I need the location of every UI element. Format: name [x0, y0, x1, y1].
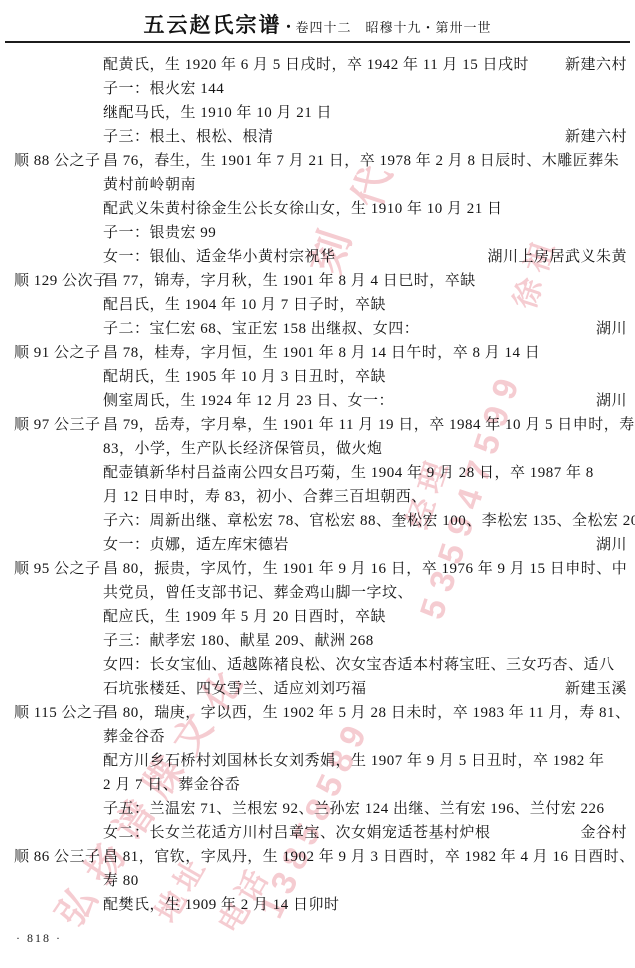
genealogy-row: 配吕氏，生 1904 年 10 月 7 日子时，卒缺 — [0, 293, 635, 317]
genealogy-row: 配方川乡石桥村刘国林长女刘秀娟，生 1907 年 9 月 5 日丑时，卒 198… — [0, 749, 635, 773]
genealogy-row: 子三：献孝宏 180、献星 209、献洲 268 — [0, 629, 635, 653]
entry-text: 女二：长女兰花适方川村吕章宝、次女娟宠适苍基村炉根 — [103, 821, 491, 845]
entry-text: 配方川乡石桥村刘国林长女刘秀娟，生 1907 年 9 月 5 日丑时，卒 198… — [103, 749, 605, 773]
entry-text: 昌 80，振贵，字凤竹，生 1901 年 9 月 16 日，卒 1976 年 9… — [103, 557, 627, 581]
genealogy-row: 顺 115 公之子昌 80，瑞庚，字以西，生 1902 年 5 月 28 日未时… — [0, 701, 635, 725]
genealogy-row: 顺 88 公之子昌 76，春生，生 1901 年 7 月 21 日，卒 1978… — [0, 149, 635, 173]
entry-text: 83，小学，生产队长经济保管员，做火炮 — [103, 437, 383, 461]
entry-text: 共党员，曾任支部书记、葬金鸡山脚一字坟、 — [103, 581, 413, 605]
entry-text: 黄村前岭朝南 — [103, 173, 196, 197]
genealogy-row: 子五：兰温宏 71、兰根宏 92、兰孙宏 124 出继、兰有宏 196、兰付宏 … — [0, 797, 635, 821]
generation-label: 顺 88 公之子 — [14, 149, 101, 173]
entry-text: 子六：周新出继、章松宏 78、官松宏 88、奎松宏 100、李松宏 135、全松… — [103, 509, 635, 533]
entry-text: 石坑张楼廷、四女雪兰、适应刘刘巧福 — [103, 677, 367, 701]
genealogy-row: 顺 95 公之子昌 80，振贵，字凤竹，生 1901 年 9 月 16 日，卒 … — [0, 557, 635, 581]
genealogy-row: 配胡氏，生 1905 年 10 月 3 日丑时，卒缺 — [0, 365, 635, 389]
genealogy-page: 代刻徐祖535947599经理13858589弘扬谱牒文化地址电话 五云赵氏宗谱… — [0, 0, 635, 968]
genealogy-row: 配樊氏，生 1909 年 2 月 14 日卯时 — [0, 893, 635, 917]
entry-text: 昌 78，桂寿，字月恒，生 1901 年 8 月 14 日午时，卒 8 月 14… — [103, 341, 540, 365]
residence-note: 湖川 — [596, 389, 627, 413]
genealogy-row: 月 12 日申时，寿 83，初小、合葬三百坦朝西、 — [0, 485, 635, 509]
residence-note: 金谷村 — [580, 821, 627, 845]
entry-text: 配胡氏，生 1905 年 10 月 3 日丑时，卒缺 — [103, 365, 386, 389]
page-header: 五云赵氏宗谱・卷四十二 昭穆十九・第卅一世 — [0, 9, 635, 39]
entry-text: 配樊氏，生 1909 年 2 月 14 日卯时 — [103, 893, 340, 917]
entry-text: 子三：根土、根松、根清 — [103, 125, 274, 149]
residence-note: 新建六村 — [565, 125, 627, 149]
genealogy-row: 黄村前岭朝南 — [0, 173, 635, 197]
genealogy-row: 共党员，曾任支部书记、葬金鸡山脚一字坟、 — [0, 581, 635, 605]
volume-subtitle: 卷四十二 昭穆十九・第卅一世 — [295, 20, 491, 35]
genealogy-row: 配壶镇新华村吕益南公四女吕巧菊，生 1904 年 9 月 28 日，卒 1987… — [0, 461, 635, 485]
entry-text: 葬金谷岙 — [103, 725, 165, 749]
entry-text: 子三：献孝宏 180、献星 209、献洲 268 — [103, 629, 374, 653]
generation-label: 顺 115 公之子 — [14, 701, 108, 725]
generation-label: 顺 129 公次子 — [14, 269, 109, 293]
genealogy-row: 女一：银仙、适金华小黄村宗祝华湖川上房居武义朱黄 — [0, 245, 635, 269]
entry-text: 配吕氏，生 1904 年 10 月 7 日子时，卒缺 — [103, 293, 386, 317]
genealogy-row: 石坑张楼廷、四女雪兰、适应刘刘巧福新建玉溪 — [0, 677, 635, 701]
genealogy-rows: 配黄氏，生 1920 年 6 月 5 日戌时，卒 1942 年 11 月 15 … — [0, 53, 635, 917]
entry-text: 女一：银仙、适金华小黄村宗祝华 — [103, 245, 336, 269]
residence-note: 湖川上房居武义朱黄 — [487, 245, 627, 269]
entry-text: 子五：兰温宏 71、兰根宏 92、兰孙宏 124 出继、兰有宏 196、兰付宏 … — [103, 797, 605, 821]
entry-text: 女四：长女宝仙、适越陈褚良松、次女宝杏适本村蒋宝旺、三女巧杏、适八 — [103, 653, 615, 677]
entry-text: 女一：贞娜，适左库宋德岩 — [103, 533, 289, 557]
genealogy-row: 葬金谷岙 — [0, 725, 635, 749]
genealogy-row: 顺 91 公之子昌 78，桂寿，字月恒，生 1901 年 8 月 14 日午时，… — [0, 341, 635, 365]
genealogy-row: 83，小学，生产队长经济保管员，做火炮 — [0, 437, 635, 461]
generation-label: 顺 95 公之子 — [14, 557, 101, 581]
genealogy-row: 子三：根土、根松、根清新建六村 — [0, 125, 635, 149]
genealogy-row: 顺 129 公次子昌 77，锦寿，字月秋，生 1901 年 8 月 4 日巳时，… — [0, 269, 635, 293]
entry-text: 子二：宝仁宏 68、宝正宏 158 出继叔、女四： — [103, 317, 419, 341]
generation-label: 顺 86 公三子 — [14, 845, 101, 869]
genealogy-row: 顺 86 公三子昌 81，官钦，字凤丹，生 1902 年 9 月 3 日酉时，卒… — [0, 845, 635, 869]
entry-text: 寿 80 — [103, 869, 139, 893]
generation-label: 顺 91 公之子 — [14, 341, 101, 365]
entry-text: 配黄氏，生 1920 年 6 月 5 日戌时，卒 1942 年 11 月 15 … — [103, 53, 529, 77]
genealogy-row: 女四：长女宝仙、适越陈褚良松、次女宝杏适本村蒋宝旺、三女巧杏、适八 — [0, 653, 635, 677]
residence-note: 新建六村 — [565, 53, 627, 77]
genealogy-row: 子一：银贵宏 99 — [0, 221, 635, 245]
genealogy-row: 子二：宝仁宏 68、宝正宏 158 出继叔、女四：湖川 — [0, 317, 635, 341]
residence-note: 新建玉溪 — [565, 677, 627, 701]
header-rule — [5, 41, 630, 43]
entry-text: 昌 76，春生，生 1901 年 7 月 21 日，卒 1978 年 2 月 8… — [103, 149, 619, 173]
genealogy-row: 侧室周氏，生 1924 年 12 月 23 日、女一：湖川 — [0, 389, 635, 413]
title-separator: ・ — [281, 21, 295, 36]
genealogy-row: 配应氏，生 1909 年 5 月 20 日酉时，卒缺 — [0, 605, 635, 629]
residence-note: 湖川 — [596, 317, 627, 341]
genealogy-row: 2 月 7 日、葬金谷岙 — [0, 773, 635, 797]
entry-text: 昌 79，岳寿，字月皋，生 1901 年 11 月 19 日，卒 1984 年 … — [103, 413, 635, 437]
genealogy-row: 配黄氏，生 1920 年 6 月 5 日戌时，卒 1942 年 11 月 15 … — [0, 53, 635, 77]
book-title: 五云赵氏宗谱 — [143, 13, 281, 37]
genealogy-row: 子六：周新出继、章松宏 78、官松宏 88、奎松宏 100、李松宏 135、全松… — [0, 509, 635, 533]
residence-note: 湖川 — [596, 533, 627, 557]
entry-text: 配武义朱黄村徐金生公长女徐山女，生 1910 年 10 月 21 日 — [103, 197, 503, 221]
entry-text: 侧室周氏，生 1924 年 12 月 23 日、女一： — [103, 389, 394, 413]
genealogy-row: 子一：根火宏 144 — [0, 77, 635, 101]
genealogy-row: 寿 80 — [0, 869, 635, 893]
entry-text: 2 月 7 日、葬金谷岙 — [103, 773, 240, 797]
entry-text: 子一：银贵宏 99 — [103, 221, 216, 245]
entry-text: 子一：根火宏 144 — [103, 77, 224, 101]
entry-text: 昌 77，锦寿，字月秋，生 1901 年 8 月 4 日巳时，卒缺 — [103, 269, 476, 293]
entry-text: 配应氏，生 1909 年 5 月 20 日酉时，卒缺 — [103, 605, 386, 629]
genealogy-row: 女二：长女兰花适方川村吕章宝、次女娟宠适苍基村炉根金谷村 — [0, 821, 635, 845]
generation-label: 顺 97 公三子 — [14, 413, 101, 437]
entry-text: 月 12 日申时，寿 83，初小、合葬三百坦朝西、 — [103, 485, 427, 509]
entry-text: 配壶镇新华村吕益南公四女吕巧菊，生 1904 年 9 月 28 日，卒 1987… — [103, 461, 594, 485]
entry-text: 昌 80，瑞庚，字以西，生 1902 年 5 月 28 日未时，卒 1983 年… — [103, 701, 630, 725]
genealogy-row: 顺 97 公三子昌 79，岳寿，字月皋，生 1901 年 11 月 19 日，卒… — [0, 413, 635, 437]
genealogy-row: 继配马氏，生 1910 年 10 月 21 日 — [0, 101, 635, 125]
entry-text: 昌 81，官钦，字凤丹，生 1902 年 9 月 3 日酉时，卒 1982 年 … — [103, 845, 635, 869]
page-number: · 818 · — [16, 931, 62, 946]
entry-text: 继配马氏，生 1910 年 10 月 21 日 — [103, 101, 332, 125]
genealogy-row: 女一：贞娜，适左库宋德岩湖川 — [0, 533, 635, 557]
genealogy-row: 配武义朱黄村徐金生公长女徐山女，生 1910 年 10 月 21 日 — [0, 197, 635, 221]
